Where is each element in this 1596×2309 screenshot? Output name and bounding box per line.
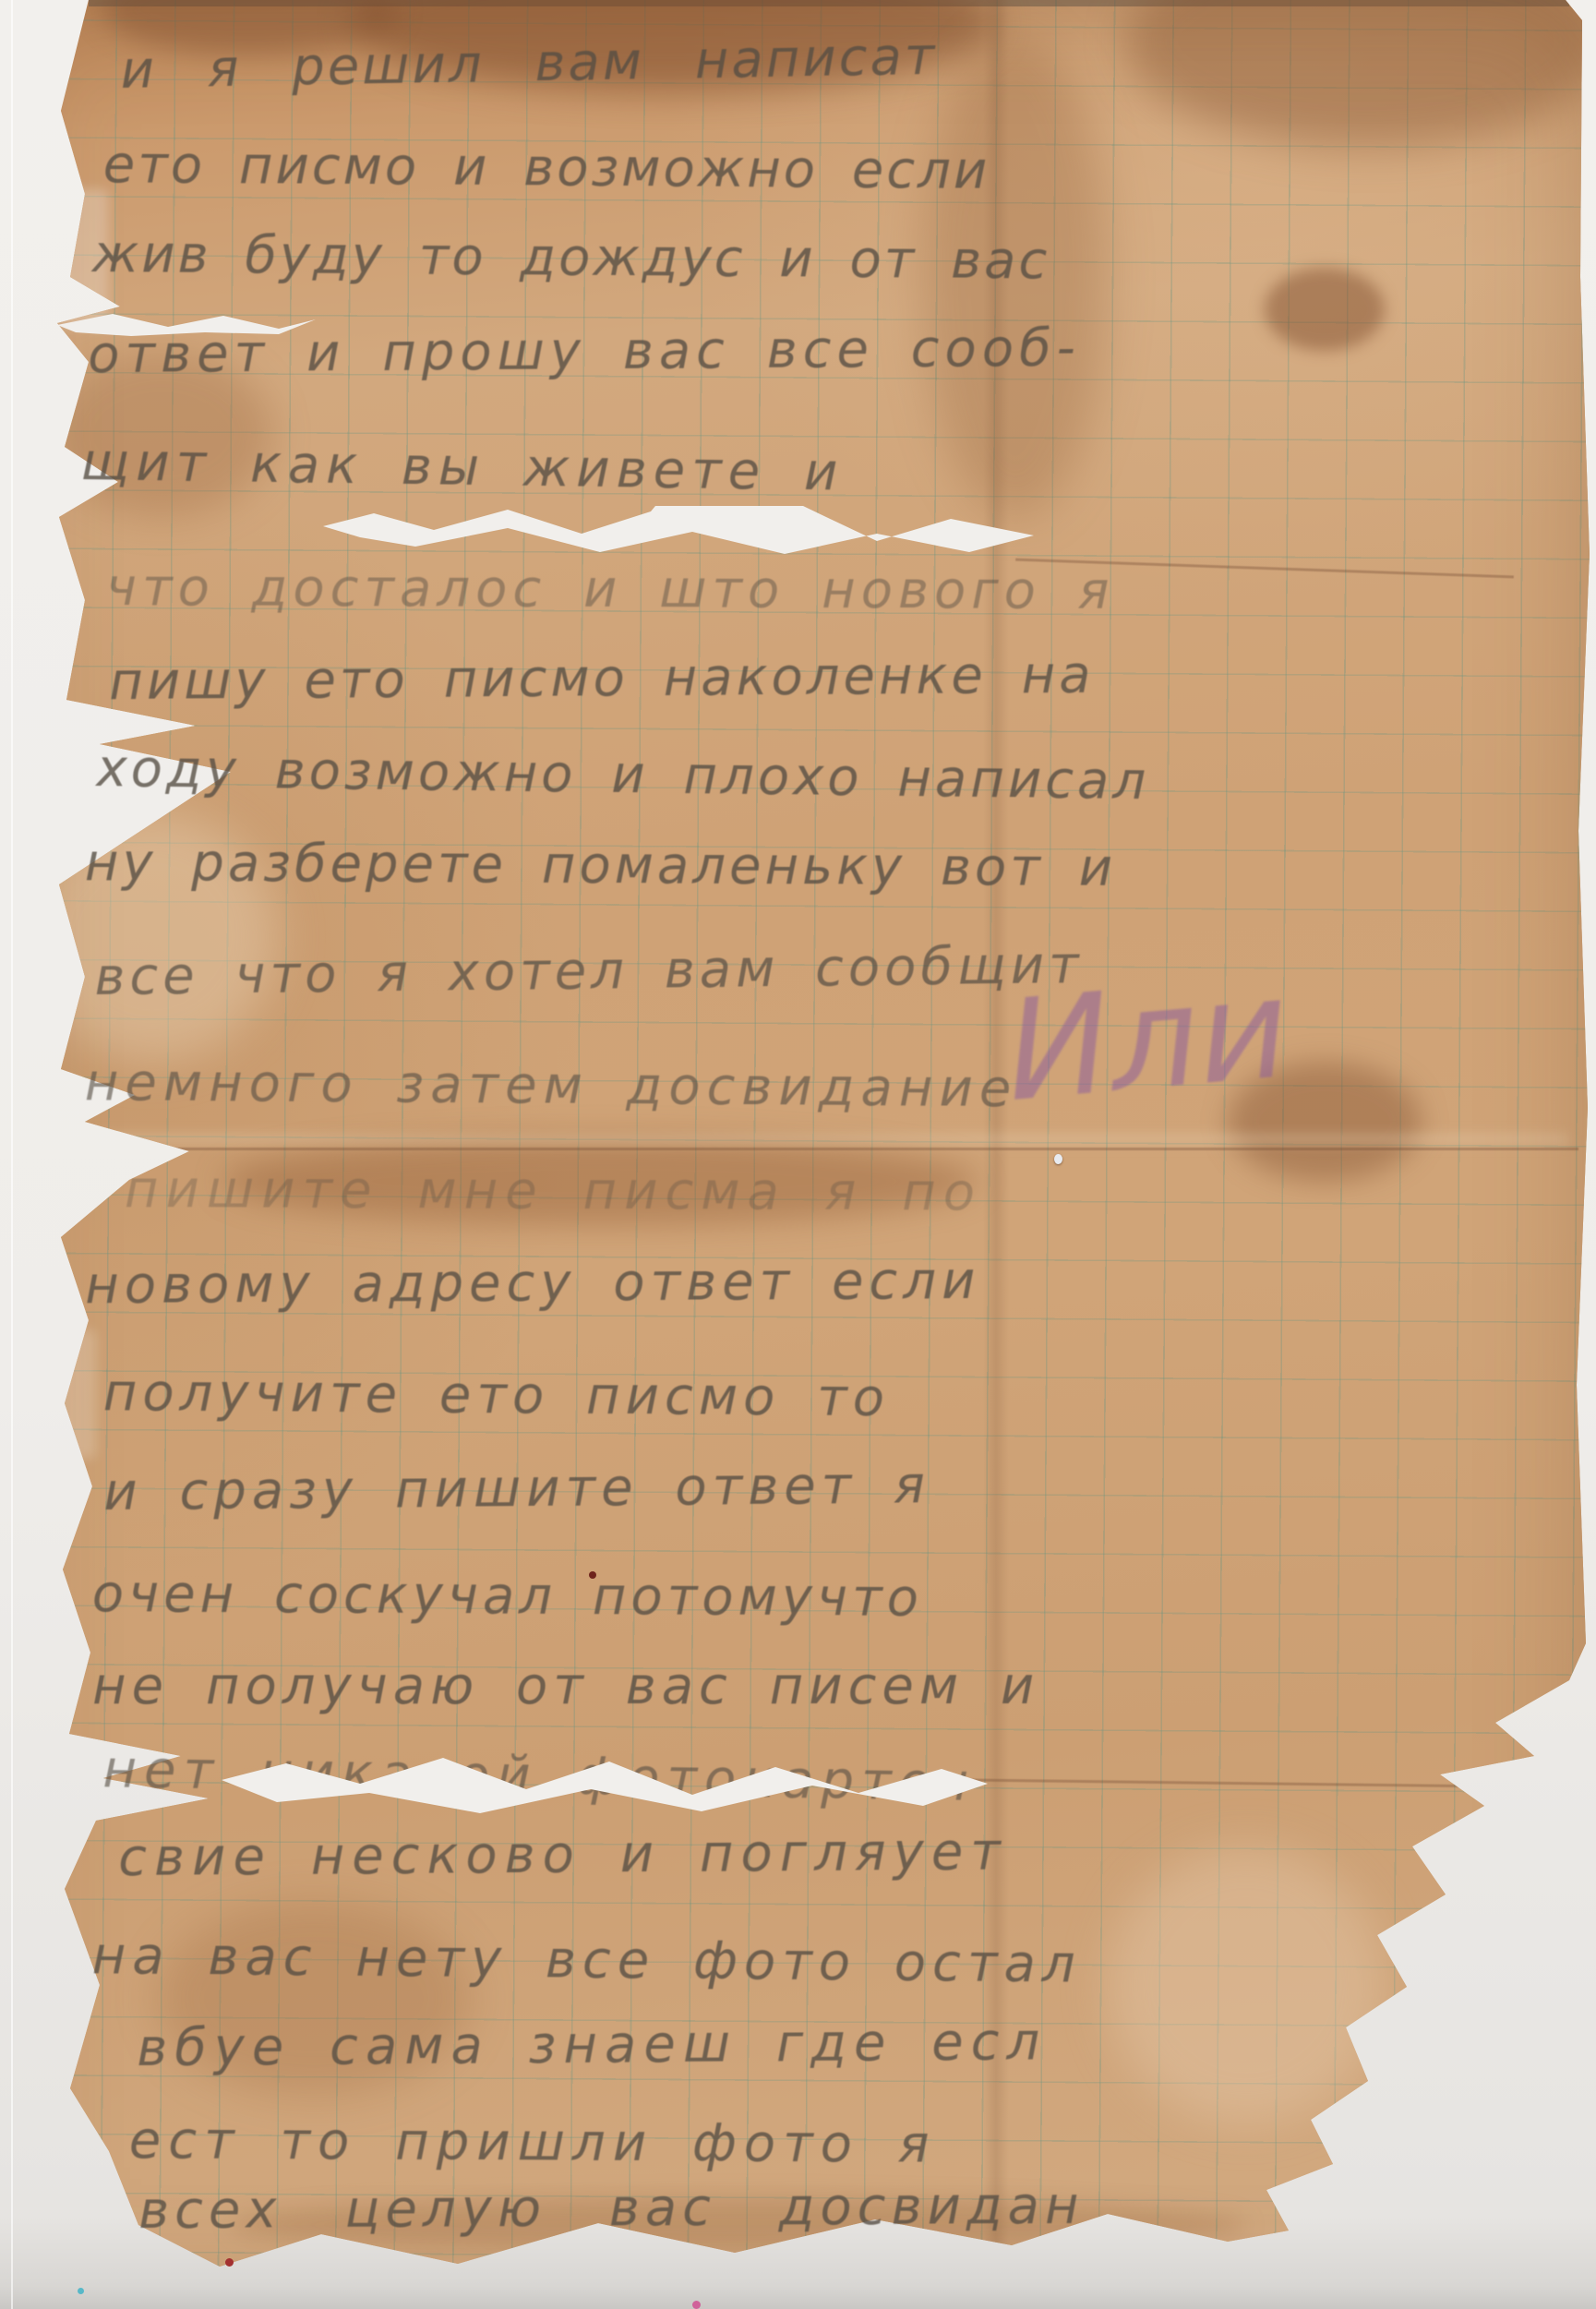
handwritten-line-17: не получаю от вас писем и	[92, 1656, 1039, 1716]
speck-pink	[692, 2301, 701, 2309]
handwritten-line-15: и сразу пишите ответ я	[103, 1455, 930, 1522]
handwritten-line-16: очен соскучал потомучто	[92, 1564, 923, 1629]
handwritten-line-5: щит как вы живете и	[80, 432, 845, 503]
handwritten-line-14: получите ето писмо то	[103, 1363, 891, 1428]
handwritten-line-21: вбуе сама знаеш где есл	[137, 2012, 1047, 2078]
handwritten-line-8: ходу возможно и плохо написал	[96, 739, 1149, 812]
handwritten-line-9: ну разберете помаленьку вот и	[85, 833, 1117, 898]
violet-pencil-scribble: Или	[1000, 948, 1295, 1133]
scanner-edge-line	[11, 0, 13, 2309]
handwritten-line-23: всех целую вас досвидан	[138, 2176, 1085, 2241]
handwritten-line-11: немного затем досвидание	[85, 1052, 1018, 1119]
handwritten-line-13: новому адресу ответ если	[85, 1251, 981, 1316]
handwritten-line-3: жив буду то дождус и от вас	[92, 224, 1050, 291]
handwritten-line-7: пишу ето писмо наколенке на	[109, 645, 1095, 712]
handwritten-line-20: на вас нету все фото остал	[91, 1926, 1081, 1994]
speck-cyan	[78, 2288, 84, 2294]
speck-darkred-mid	[589, 1571, 596, 1579]
handwritten-line-19: свие несково и погляует	[118, 1822, 1008, 1888]
letter-scan: и я решил вам написат ето писмо и возмож…	[0, 0, 1596, 2309]
pin-hole	[1054, 1154, 1062, 1164]
handwritten-line-22: ест то пришли фото я	[129, 2111, 937, 2175]
handwritten-line-10: все что я хотел вам сообщит	[94, 935, 1084, 1007]
handwritten-line-12: пишите мне писма я по	[125, 1160, 982, 1222]
handwritten-line-2: ето писмо и возможно если	[103, 135, 990, 201]
handwritten-line-6: что досталос и што нового я	[106, 558, 1115, 621]
speck-red	[225, 2258, 234, 2267]
